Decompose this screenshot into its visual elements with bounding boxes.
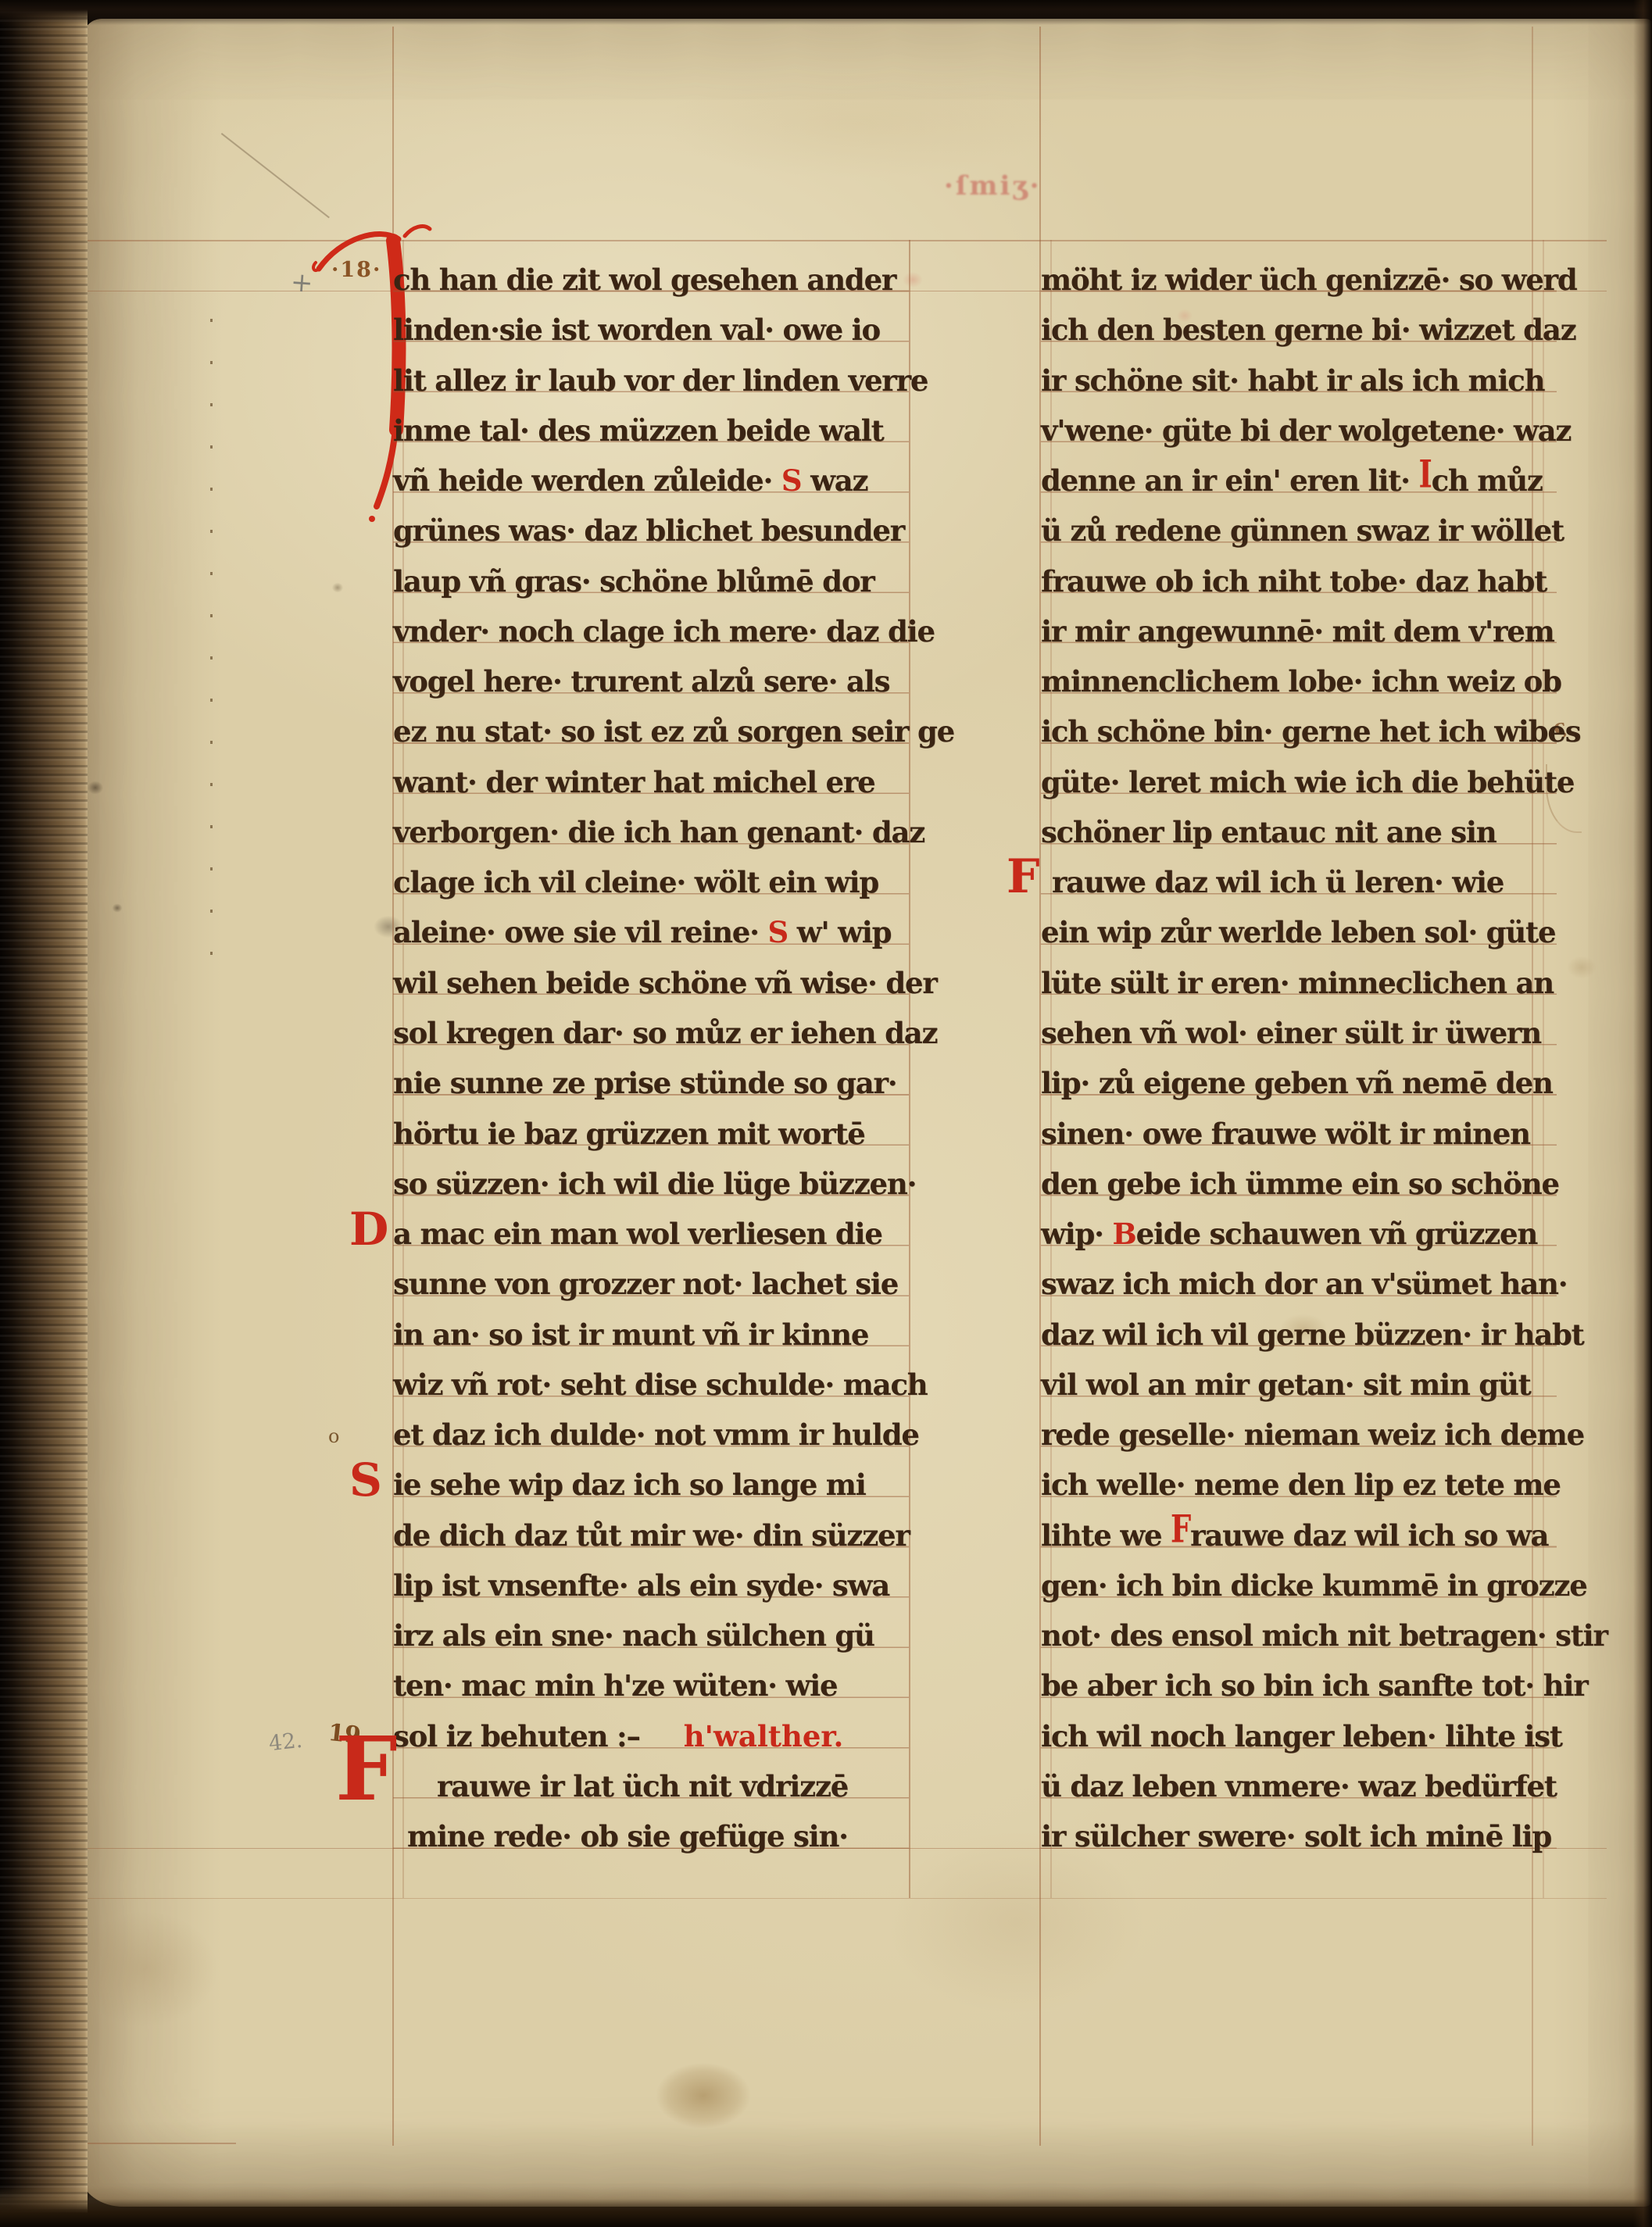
text-line: wip· Beide schauwen vñ grüzzen: [1041, 1196, 1557, 1246]
text-line: wiz vñ rot· seht dise schulde· mach: [393, 1346, 909, 1396]
text-line: ich den besten gerne bi· wizzet daz: [1041, 291, 1557, 341]
margin-circle-mark: o: [328, 1425, 339, 1447]
text-line: vogel here· trurent alzů sere· als: [393, 643, 909, 693]
text-line: sunne von grozzer not· lachet sie: [393, 1246, 909, 1296]
text-line: ch han die zit wol gesehen ander: [393, 241, 909, 291]
text-line: irz als ein sne· nach sülchen gü: [393, 1597, 909, 1647]
text-line: sehen vñ wol· einer sült ir üwern: [1041, 995, 1557, 1045]
book-spine-edge: [0, 0, 88, 2227]
text-line: den gebe ich ümme ein so schöne: [1041, 1146, 1557, 1196]
text-line: vil wol an mir getan· sit min güt: [1041, 1346, 1557, 1396]
text-line: vnder· noch clage ich mere· daz die: [393, 593, 909, 643]
text-line: ein wip zůr werlde leben sol· güte: [1041, 894, 1557, 944]
text-line: ich schöne bin· gerne het ich wibes: [1041, 693, 1557, 743]
text-line: not· des ensol mich nit betragen· stir: [1041, 1597, 1557, 1647]
text-line: rauwe daz wil ich ü leren· wieF: [1041, 844, 1557, 894]
text-line: hörtu ie baz grüzzen mit wortē: [393, 1096, 909, 1146]
text-line: v'wene· güte bi der wolgetene· waz: [1041, 392, 1557, 442]
versal-initial: F: [1007, 853, 1039, 900]
text-run: ir sülcher swere· solt ich minē lip: [1041, 1819, 1551, 1853]
text-line: nie sunne ze prise stünde so gar·: [393, 1045, 909, 1095]
text-line: ir mir angewunnē· mit dem v'rem: [1041, 593, 1557, 643]
text-column-left: ch han die zit wol gesehen anderlinden·s…: [393, 241, 909, 1850]
text-line: linden·sie ist worden val· owe io: [393, 291, 909, 341]
versal-initial: D: [349, 1206, 388, 1252]
text-line: ez nu stat· so ist ez zů sorgen seir ge: [393, 693, 909, 743]
text-line: lip ist vnsenfte· als ein syde· swa: [393, 1547, 909, 1597]
text-line: ie sehe wip daz ich so lange miS: [393, 1446, 909, 1496]
ruled-line: [72, 1898, 1607, 1900]
text-line: schöner lip entauc nit ane sin: [1041, 794, 1557, 844]
text-column-right: möht iz wider üch genizzē· so werdich de…: [1041, 241, 1557, 1850]
text-line: de dich daz tůt mir we· din süzzer: [393, 1497, 909, 1547]
text-line: rede geselle· nieman weiz ich deme: [1041, 1396, 1557, 1446]
folio-heading-faded: ·ſmiʒ·: [944, 170, 1042, 202]
text-line: et daz ich dulde· not vmm ir hulde: [393, 1396, 909, 1446]
text-line: lihte we Frauwe daz wil ich so wa: [1041, 1497, 1557, 1547]
text-line: güte· leret mich wie ich die behüte: [1041, 744, 1557, 794]
text-line: ü daz leben vnmere· waz bedürfet: [1041, 1748, 1557, 1798]
text-line: frauwe ob ich niht tobe· daz habt: [1041, 543, 1557, 593]
text-line: laup vñ gras· schöne blůmē dor: [393, 543, 909, 593]
text-line: want· der winter hat michel ere: [393, 744, 909, 794]
photo-edge-right: [1633, 0, 1652, 2227]
text-line: so süzzen· ich wil die lüge büzzen·: [393, 1146, 909, 1196]
text-line: lit allez ir laub vor der linden verre: [393, 342, 909, 392]
text-line: sinen· owe frauwe wölt ir minen: [1041, 1096, 1557, 1146]
text-line: ir schöne sit· habt ir als ich mich: [1041, 342, 1557, 392]
text-line: wil sehen beide schöne vñ wise· der: [393, 945, 909, 995]
text-line: ich wil noch langer leben· lihte ist: [1041, 1698, 1557, 1748]
text-line: rauwe ir lat üch nit vdrizzēF: [393, 1748, 909, 1798]
text-line: sol kregen dar· so můz er iehen daz: [393, 995, 909, 1045]
text-line: grünes was· daz blichet besunder: [393, 492, 909, 542]
text-line: clage ich vil cleine· wölt ein wip: [393, 844, 909, 894]
ruled-line: [70, 2143, 236, 2144]
text-line: minnenclichem lobe· ichn weiz ob: [1041, 643, 1557, 693]
text-line: swaz ich mich dor an v'sümet han·: [1041, 1246, 1557, 1296]
versal-initial: F: [335, 1726, 396, 1814]
photo-edge-top: [0, 0, 1652, 25]
text-line: mine rede· ob sie gefüge sin·: [393, 1798, 909, 1848]
text-line: a mac ein man wol verliesen dieD: [393, 1196, 909, 1246]
text-line: vñ heide werden zůleide· S waz: [393, 442, 909, 492]
photo-edge-bottom: [0, 2186, 1652, 2227]
versal-initial: S: [349, 1457, 381, 1503]
manuscript-photo: ·ſmiʒ· + ·18· o 42. 19 ς ch han die zit …: [0, 0, 1652, 2227]
text-line: lip· zů eigene geben vñ nemē den: [1041, 1045, 1557, 1095]
text-line: sol iz behuten :–h'walther.: [393, 1698, 909, 1748]
pricking-dots: [210, 319, 213, 975]
text-line: in an· so ist ir munt vñ ir kinne: [393, 1296, 909, 1346]
text-line: daz wil ich vil gerne büzzen· ir habt: [1041, 1296, 1557, 1346]
text-line: möht iz wider üch genizzē· so werd: [1041, 241, 1557, 291]
text-line: verborgen· die ich han genant· daz: [393, 794, 909, 844]
text-line: aleine· owe sie vil reine· S w' wip: [393, 894, 909, 944]
text-line: gen· ich bin dicke kummē in grozze: [1041, 1547, 1557, 1597]
text-line: ten· mac min h'ze wüten· wie: [393, 1647, 909, 1697]
pencil-number-42: 42.: [267, 1728, 303, 1756]
text-line: denne an ir ein' eren lit· Ich můz: [1041, 442, 1557, 492]
ruled-line-vertical: [909, 240, 910, 1898]
text-line: ü zů redene günnen swaz ir wöllet: [1041, 492, 1557, 542]
text-line: ich welle· neme den lip ez tete me: [1041, 1446, 1557, 1496]
text-line: inme tal· des müzzen beide walt: [393, 392, 909, 442]
text-line: lüte sült ir eren· minneclichen an: [1041, 945, 1557, 995]
text-run: mine rede· ob sie gefüge sin·: [407, 1819, 848, 1853]
text-line: be aber ich so bin ich sanfte tot· hir: [1041, 1647, 1557, 1697]
text-line: ir sülcher swere· solt ich minē lip: [1041, 1798, 1557, 1848]
